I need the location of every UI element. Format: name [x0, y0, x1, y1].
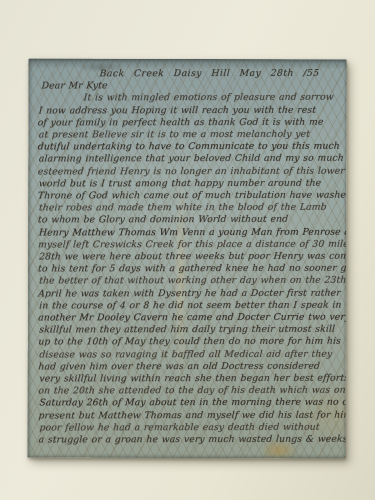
- letter-line: It is with mingled emotions of pleasure …: [83, 92, 345, 105]
- letter-text: Back Creek Daisy Hill May 28th /55Dear M…: [37, 68, 345, 459]
- letter-line: April he was taken with Dysentry he had …: [38, 287, 346, 300]
- letter-line: to whom be Glory and dominion World with…: [37, 214, 345, 227]
- letter-line: poor fellow he had a remarkable easy dea…: [39, 421, 347, 434]
- letter-line: the better of that without working other…: [39, 275, 347, 288]
- letter-line: another Mr Dooley Cavern he came and Doc…: [38, 312, 346, 325]
- letter-line: world but is I trust among that happy nu…: [38, 177, 346, 190]
- letter-line: myself left Creswicks Creek for this pla…: [38, 238, 346, 251]
- letter-line: had given him over there was an old Doct…: [38, 360, 346, 373]
- letter-line: a struggle or a groan he was very much w…: [38, 434, 346, 447]
- letter-line: present but Matthew Thomas and myself we…: [38, 409, 346, 422]
- letter-photograph: Back Creek Daisy Hill May 28th /55Dear M…: [0, 0, 375, 500]
- letter-line: Throne of God which came out of much tri…: [37, 190, 345, 203]
- letter-line: alarming intelligence that your beloved …: [38, 153, 346, 166]
- letter-line: in the course of 4 or 8 he did not seem …: [39, 299, 347, 312]
- letter-line: at present Believe sir it is to me a mos…: [38, 129, 346, 142]
- letter-line: of your family in perfect health as than…: [37, 116, 345, 129]
- letter-dateline: Back Creek Daisy Hill May 28th /55: [99, 68, 345, 81]
- letter-line: I now address you Hoping it will reach y…: [38, 104, 346, 117]
- letter-line: Henry Matthew Thomas Wm Venn a young Man…: [38, 226, 346, 239]
- letter-line: esteemed friend Henry is no longer an in…: [37, 165, 345, 178]
- letter-line: 28th we were here about three weeks but …: [39, 251, 347, 264]
- letter-paper: Back Creek Daisy Hill May 28th /55Dear M…: [27, 59, 346, 459]
- letter-line: up to the 10th of May they could then do…: [38, 336, 346, 349]
- letter-line: Saturday 26th of May about ten in the mo…: [39, 397, 347, 410]
- letter-line: disease was so ravaging it baffled all M…: [39, 348, 347, 361]
